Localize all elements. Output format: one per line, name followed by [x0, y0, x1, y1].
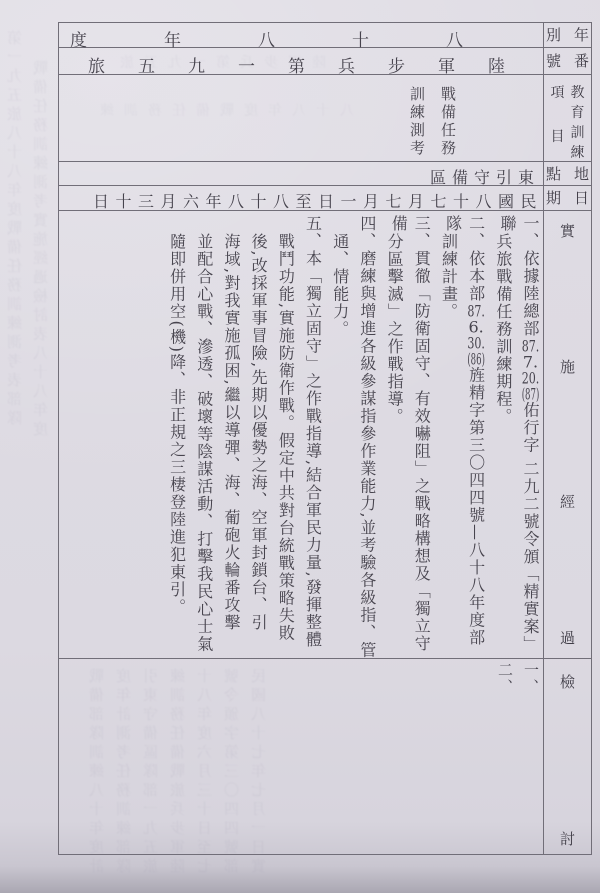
bleedthrough-text: 民國八十七年七月一日實	[248, 668, 269, 848]
header-location: 點地	[544, 161, 591, 185]
bleedthrough-text: 練訓務任備戰旅兵步軍陸	[167, 668, 188, 848]
location-value: 區備守引東	[430, 165, 546, 188]
header-training-item: 項 目 教 育 訓 練	[544, 74, 591, 161]
table-border-right	[591, 22, 592, 855]
date-value: 日十三月六年八十八至日一月七月七十八國民	[93, 189, 550, 212]
body-column: 隨即併用空(機)降、非正規之三棲登陸進犯東引。	[161, 215, 188, 660]
body-column: 三、貫徹「防衛固守、有效嚇阻」之戰略構想及「獨立守備	[406, 215, 433, 660]
header-implementation: 實 施 經 過	[544, 210, 591, 658]
body-column: 並配合心戰、滲透、破壞等陰謀活動、打擊我民心士氣	[189, 215, 216, 660]
header-training-item-sub: 項 目	[551, 82, 565, 146]
bleedthrough-text: 第一九五旅八十八年度戰備任務訓練測考表部隊	[4, 30, 25, 810]
implementation-body: 一、依據陸總部87.7.20.(87)佑行字 二九二號令頒「精實案」聯 兵旅戰備…	[160, 215, 542, 660]
bleedthrough-text: 引東守備區隊部一九五旅	[140, 668, 161, 848]
review-item-1: 一、	[516, 662, 542, 722]
year-value: 度年八十八	[70, 26, 600, 51]
body-column: 五、本「獨立固守」之作戰指導,結合軍民力量,發揮整體	[297, 215, 324, 660]
bleedthrough-text: 八十八年度戰備任務訓練	[90, 100, 354, 120]
body-column: 海域,對我實施孤困,繼以導彈、海、葡砲火輪番攻擊	[216, 215, 243, 660]
body-column: 二、依本部87.6.30.(86)旌精字第三〇四四號—八十八年度部隊	[460, 215, 487, 660]
bleedthrough-text: 戰備任務訓練測考實施經過檢討表八十八年度	[30, 60, 51, 780]
body-column: 分區擊滅」之作戰指導。	[379, 215, 406, 660]
row-divider	[58, 161, 592, 162]
header-training-item-main: 教 育 訓 練	[571, 82, 585, 154]
body-column: 通、情能力。	[325, 215, 352, 660]
body-column: 戰鬥功能,實施防衛作戰。假定中共對台統戰策略失敗	[270, 215, 297, 660]
unit-number-value: 旅五九一第兵步軍陸	[88, 52, 571, 77]
header-review: 檢 討	[544, 658, 591, 854]
page-edge-line	[0, 886, 600, 887]
table-border-top	[58, 22, 592, 23]
body-column: 訓練計畫。	[433, 215, 460, 660]
header-date: 期日	[544, 185, 591, 210]
table-border-bottom	[58, 854, 592, 855]
review-item-2: 二、	[490, 662, 516, 722]
bleedthrough-text: 度年計測考任務訓練部隊	[113, 668, 134, 848]
body-column: 兵旅戰備任務訓練期程。	[488, 215, 515, 660]
body-column: 後,改採軍事冒險,先期以優勢之海、空軍封鎖台、引	[243, 215, 270, 660]
bleedthrough-text: 號令頒字第三〇四四號部	[221, 668, 242, 848]
body-column: 一、依據陸總部87.7.20.(87)佑行字 二九二號令頒「精實案」聯	[515, 215, 542, 660]
training-item-value: 戰備任務 訓練測考	[397, 86, 459, 162]
table-border-left	[58, 22, 59, 855]
bleedthrough-text: 十八年度六月三十日至七	[194, 668, 215, 848]
scanned-document-page: 第一九五旅八十八年度戰備任務訓練測考表部隊 戰備任務訓練測考實施經過檢討表八十八…	[0, 0, 600, 893]
body-column: 四、磨練與增進各級參謀指參作業能力,並考驗各級指、管	[352, 215, 379, 660]
review-items: 一、 二、	[490, 662, 542, 722]
bleedthrough-text: 戰備部隊訓練八十年度計	[86, 668, 107, 848]
